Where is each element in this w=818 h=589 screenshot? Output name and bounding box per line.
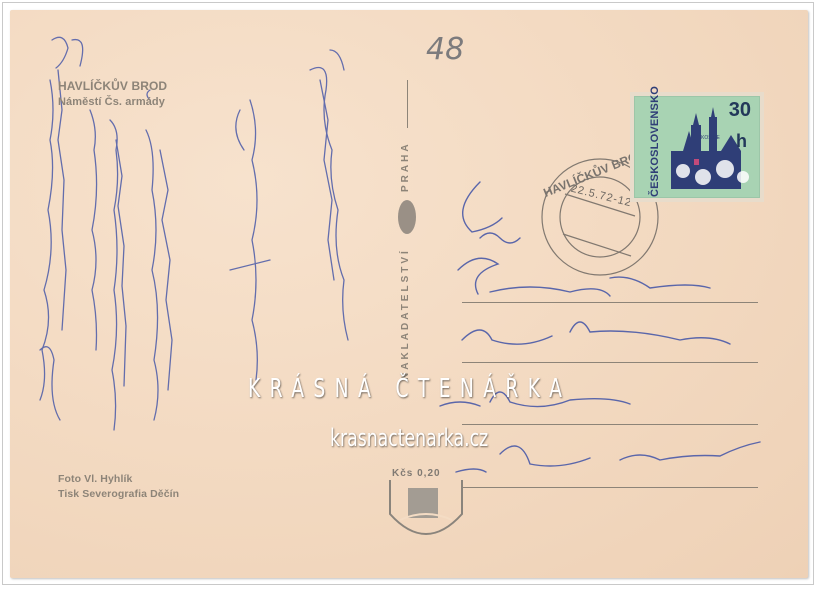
stamp-face: ČESKOSLOVENSKO bbox=[634, 96, 760, 198]
watermark-url[interactable]: krasnactenarka.cz bbox=[330, 424, 488, 452]
stamp-country: ČESKOSLOVENSKO bbox=[649, 86, 661, 197]
postage-stamp: ČESKOSLOVENSKO bbox=[630, 92, 764, 202]
postcard-back: HAVLÍČKŮV BROD Náměstí Čs. armády Foto V… bbox=[10, 10, 808, 578]
stamp-country-wrap: ČESKOSLOVENSKO bbox=[633, 105, 659, 197]
stamp-unit: h bbox=[736, 131, 747, 152]
stamp-value: 30 bbox=[729, 99, 751, 122]
watermark-title: KRÁSNÁ ČTENÁŘKA bbox=[248, 374, 571, 404]
charity-price: Kčs 0,20 bbox=[392, 468, 441, 479]
stamp-city: KOŠICE bbox=[701, 135, 720, 141]
